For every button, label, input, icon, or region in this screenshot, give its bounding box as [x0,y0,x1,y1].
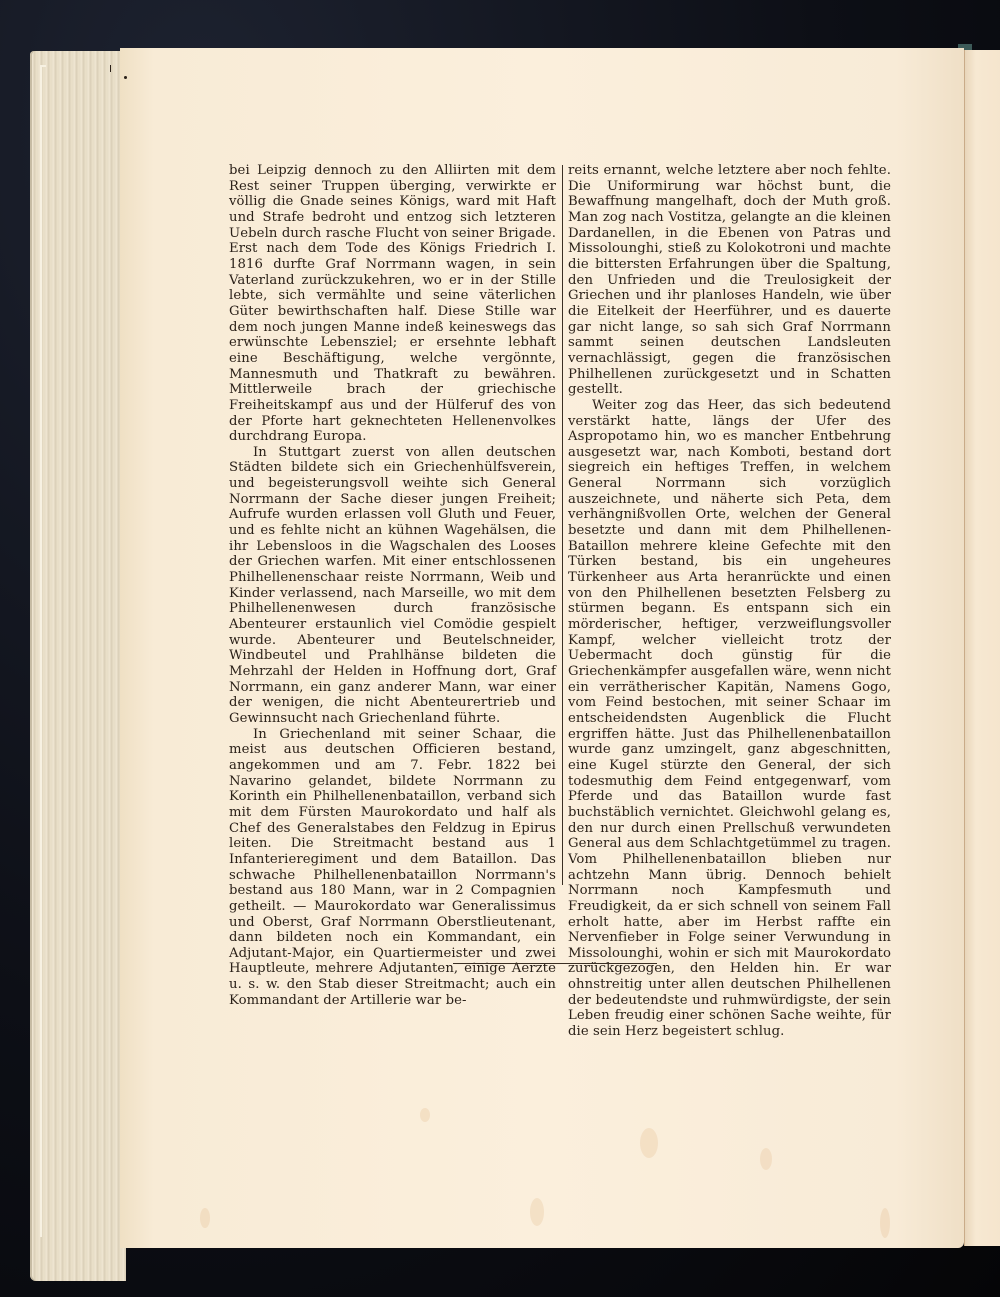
section-end-rule [453,963,657,964]
foxing-stain [760,1148,772,1170]
page-edge-highlight [40,65,46,1237]
print-mark [124,76,127,79]
text-column-left: bei Leipzig dennoch zu den Alliirten mit… [229,163,556,1008]
foxing-stain [640,1128,658,1158]
facing-page-edge [964,50,1000,1246]
text-column-right: reits ernannt, welche letztere aber noch… [568,163,891,1040]
paragraph: Weiter zog das Heer, das sich bedeutend … [568,398,891,1040]
column-separator-rule [562,165,563,885]
book-page-edges [30,51,126,1281]
paragraph: In Stuttgart zuerst von allen deutschen … [229,445,556,727]
paragraph: In Griechenland mit seiner Schaar, die m… [229,727,556,1009]
foxing-stain [420,1108,430,1122]
print-mark [110,65,111,72]
foxing-stain [530,1198,544,1226]
paragraph: reits ernannt, welche letztere aber noch… [568,163,891,398]
foxing-stain [880,1208,890,1238]
paragraph: bei Leipzig dennoch zu den Alliirten mit… [229,163,556,445]
foxing-stain [200,1208,210,1228]
